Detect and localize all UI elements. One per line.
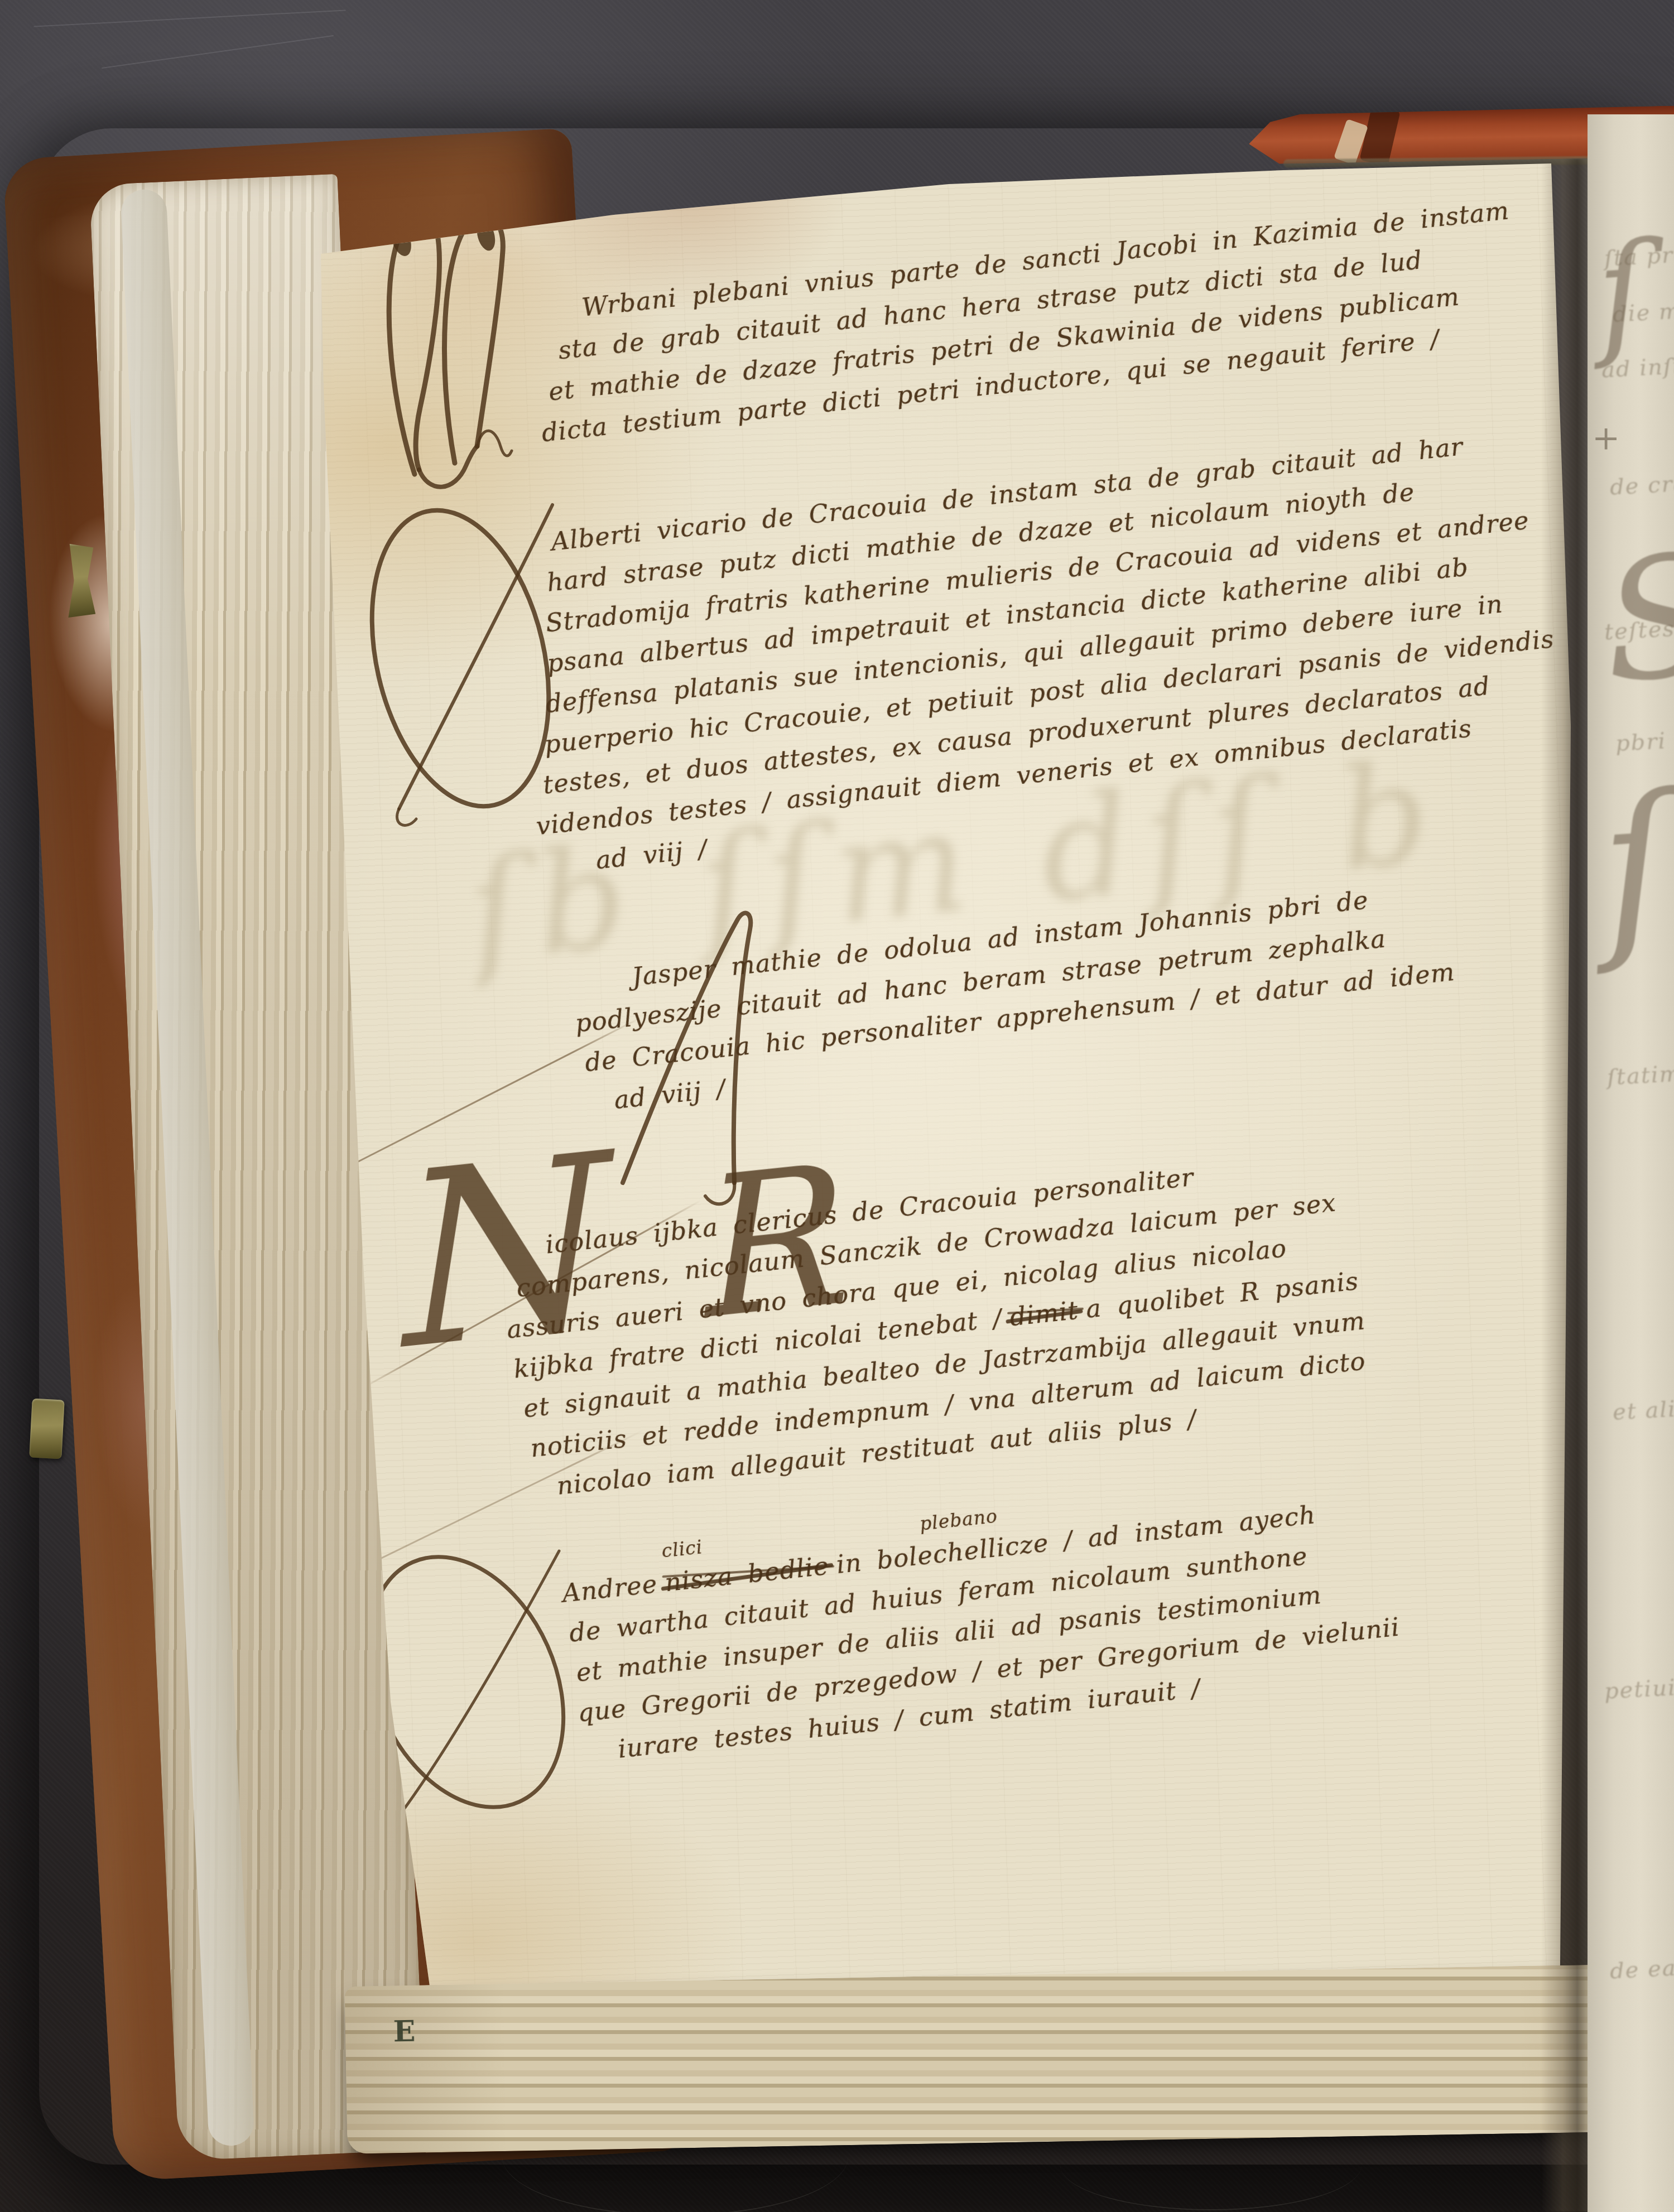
facing-page-recto: ſ + S ſ ſta pro eo die mercu ad inſtam d… <box>1588 114 1674 2212</box>
recto-cross-mark: + <box>1592 418 1620 457</box>
register-entry-5: clici plebano Andreenisza bedliein bolec… <box>561 1492 1406 1779</box>
backdrop-scratch <box>102 35 334 69</box>
register-entry-1: Wrbani plebani vnius parte de sancti Jac… <box>580 195 1524 452</box>
interlinear-insertion: clici <box>661 1536 704 1562</box>
recto-text-fragment: et alia <box>1612 1395 1674 1425</box>
recto-flourish: ſ <box>1592 213 1652 373</box>
backdrop-scratch <box>33 9 345 27</box>
recto-text-fragment: pbri cita <box>1615 725 1674 756</box>
edge-stamp-mark: E <box>386 2014 422 2109</box>
interlinear-insertion: plebano <box>918 1505 998 1535</box>
struck-text: dimit <box>1008 1295 1080 1332</box>
stray-fiber <box>502 2098 848 2212</box>
stray-fiber <box>1060 2120 1362 2210</box>
manuscript-photo: ſb ſſm dſſ bſm N R Wrbani pl <box>0 0 1674 2212</box>
calligraphic-initial-A <box>357 474 569 837</box>
recto-text-fragment: ſtatim <box>1606 1061 1674 1091</box>
line-segment: Andree <box>561 1569 659 1608</box>
recto-flourish: ſ <box>1594 754 1674 979</box>
recto-text-fragment: de cracou <box>1609 468 1674 500</box>
recto-text-fragment: de eadem <box>1609 1952 1674 1984</box>
leather-fold-notch <box>1360 105 1401 166</box>
brass-clasp-bottom <box>29 1399 64 1459</box>
recto-text-fragment: petiuit <box>1604 1674 1674 1704</box>
